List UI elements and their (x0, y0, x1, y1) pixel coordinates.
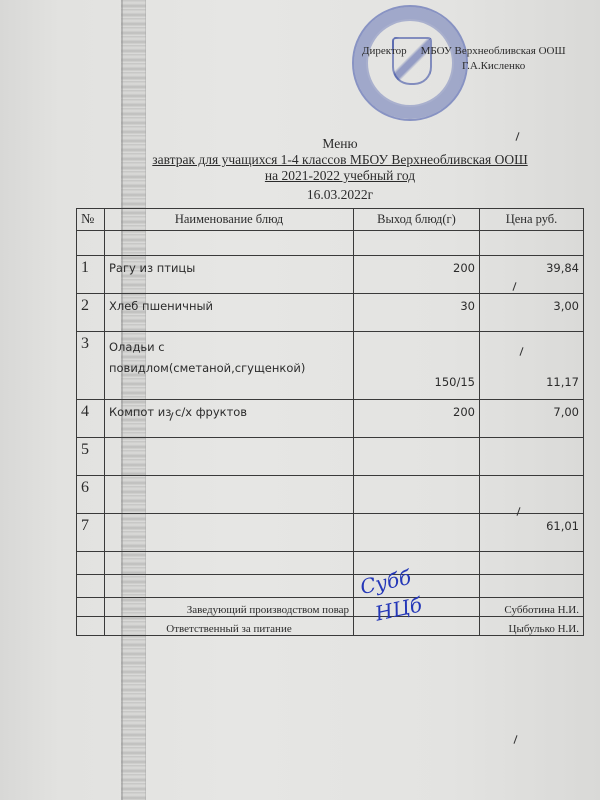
row-dish-name (105, 438, 354, 476)
row-number: 1 (77, 256, 105, 294)
row-dish-name (105, 476, 354, 514)
signature-name: Цыбулько Н.И. (480, 617, 584, 636)
table-row-total: 7 61,01 (77, 514, 584, 552)
signature-role: Заведующий производством повар (105, 598, 354, 617)
header-price: Цена руб. (480, 209, 584, 231)
table-row: 2 Хлеб пшеничный 30 3,00 (77, 294, 584, 332)
row-number: 6 (77, 476, 105, 514)
signature-role: Ответственный за питание (105, 617, 354, 636)
signature-name: Субботина Н.И. (480, 598, 584, 617)
row-price (480, 438, 584, 476)
header-dish-name: Наименование блюд (105, 209, 354, 231)
document-date: 16.03.2022г (125, 187, 555, 203)
row-number: 7 (77, 514, 105, 552)
row-number: 5 (77, 438, 105, 476)
row-dish-name: Компот из с/х фруктов (105, 400, 354, 438)
row-output: 200 (354, 256, 480, 294)
table-row: 4 Компот из с/х фруктов 200 7,00 (77, 400, 584, 438)
table-row: 5 (77, 438, 584, 476)
row-price: 39,84 (480, 256, 584, 294)
row-price: 3,00 (480, 294, 584, 332)
row-number: 3 (77, 332, 105, 400)
document-school-year: на 2021-2022 учебный год (125, 168, 555, 184)
row-dish-name: Оладьи с повидлом(сметаной,сгущенкой) (105, 332, 354, 400)
document-heading: Меню (125, 136, 555, 152)
table-row: 6 (77, 476, 584, 514)
row-output: 200 (354, 400, 480, 438)
row-output (354, 438, 480, 476)
row-number: 2 (77, 294, 105, 332)
menu-table: № Наименование блюд Выход блюд(г) Цена р… (76, 208, 584, 636)
row-output (354, 514, 480, 552)
total-price: 61,01 (480, 514, 584, 552)
pen-mark (513, 735, 517, 744)
document-subtitle: завтрак для учащихся 1-4 классов МБОУ Ве… (125, 152, 555, 168)
table-row-empty (77, 231, 584, 256)
approval-block: ДиректорМБОУ Верхнеобливская ООШ Г.А.Кис… (362, 44, 566, 74)
row-dish-name (105, 514, 354, 552)
row-price: 11,17 (480, 332, 584, 400)
table-row: 1 Рагу из птицы 200 39,84 (77, 256, 584, 294)
document-title-block: Меню завтрак для учащихся 1-4 классов МБ… (125, 136, 555, 203)
row-dish-name: Хлеб пшеничный (105, 294, 354, 332)
table-row-empty (77, 552, 584, 575)
signature-cell (354, 617, 480, 636)
signature-row: Заведующий производством повар Субботина… (77, 598, 584, 617)
approval-position: Директор (362, 45, 407, 57)
row-output: 30 (354, 294, 480, 332)
approval-organization: МБОУ Верхнеобливская ООШ (421, 45, 566, 57)
table-row-empty (77, 575, 584, 598)
header-number: № (77, 209, 105, 231)
approval-director-name: Г.А.Кисленко (462, 59, 566, 74)
header-output: Выход блюд(г) (354, 209, 480, 231)
row-dish-name: Рагу из птицы (105, 256, 354, 294)
table-header-row: № Наименование блюд Выход блюд(г) Цена р… (77, 209, 584, 231)
row-number: 4 (77, 400, 105, 438)
signature-row: Ответственный за питание Цыбулько Н.И. (77, 617, 584, 636)
row-price: 7,00 (480, 400, 584, 438)
table-row: 3 Оладьи с повидлом(сметаной,сгущенкой) … (77, 332, 584, 400)
row-output (354, 476, 480, 514)
row-price (480, 476, 584, 514)
row-output: 150/15 (354, 332, 480, 400)
